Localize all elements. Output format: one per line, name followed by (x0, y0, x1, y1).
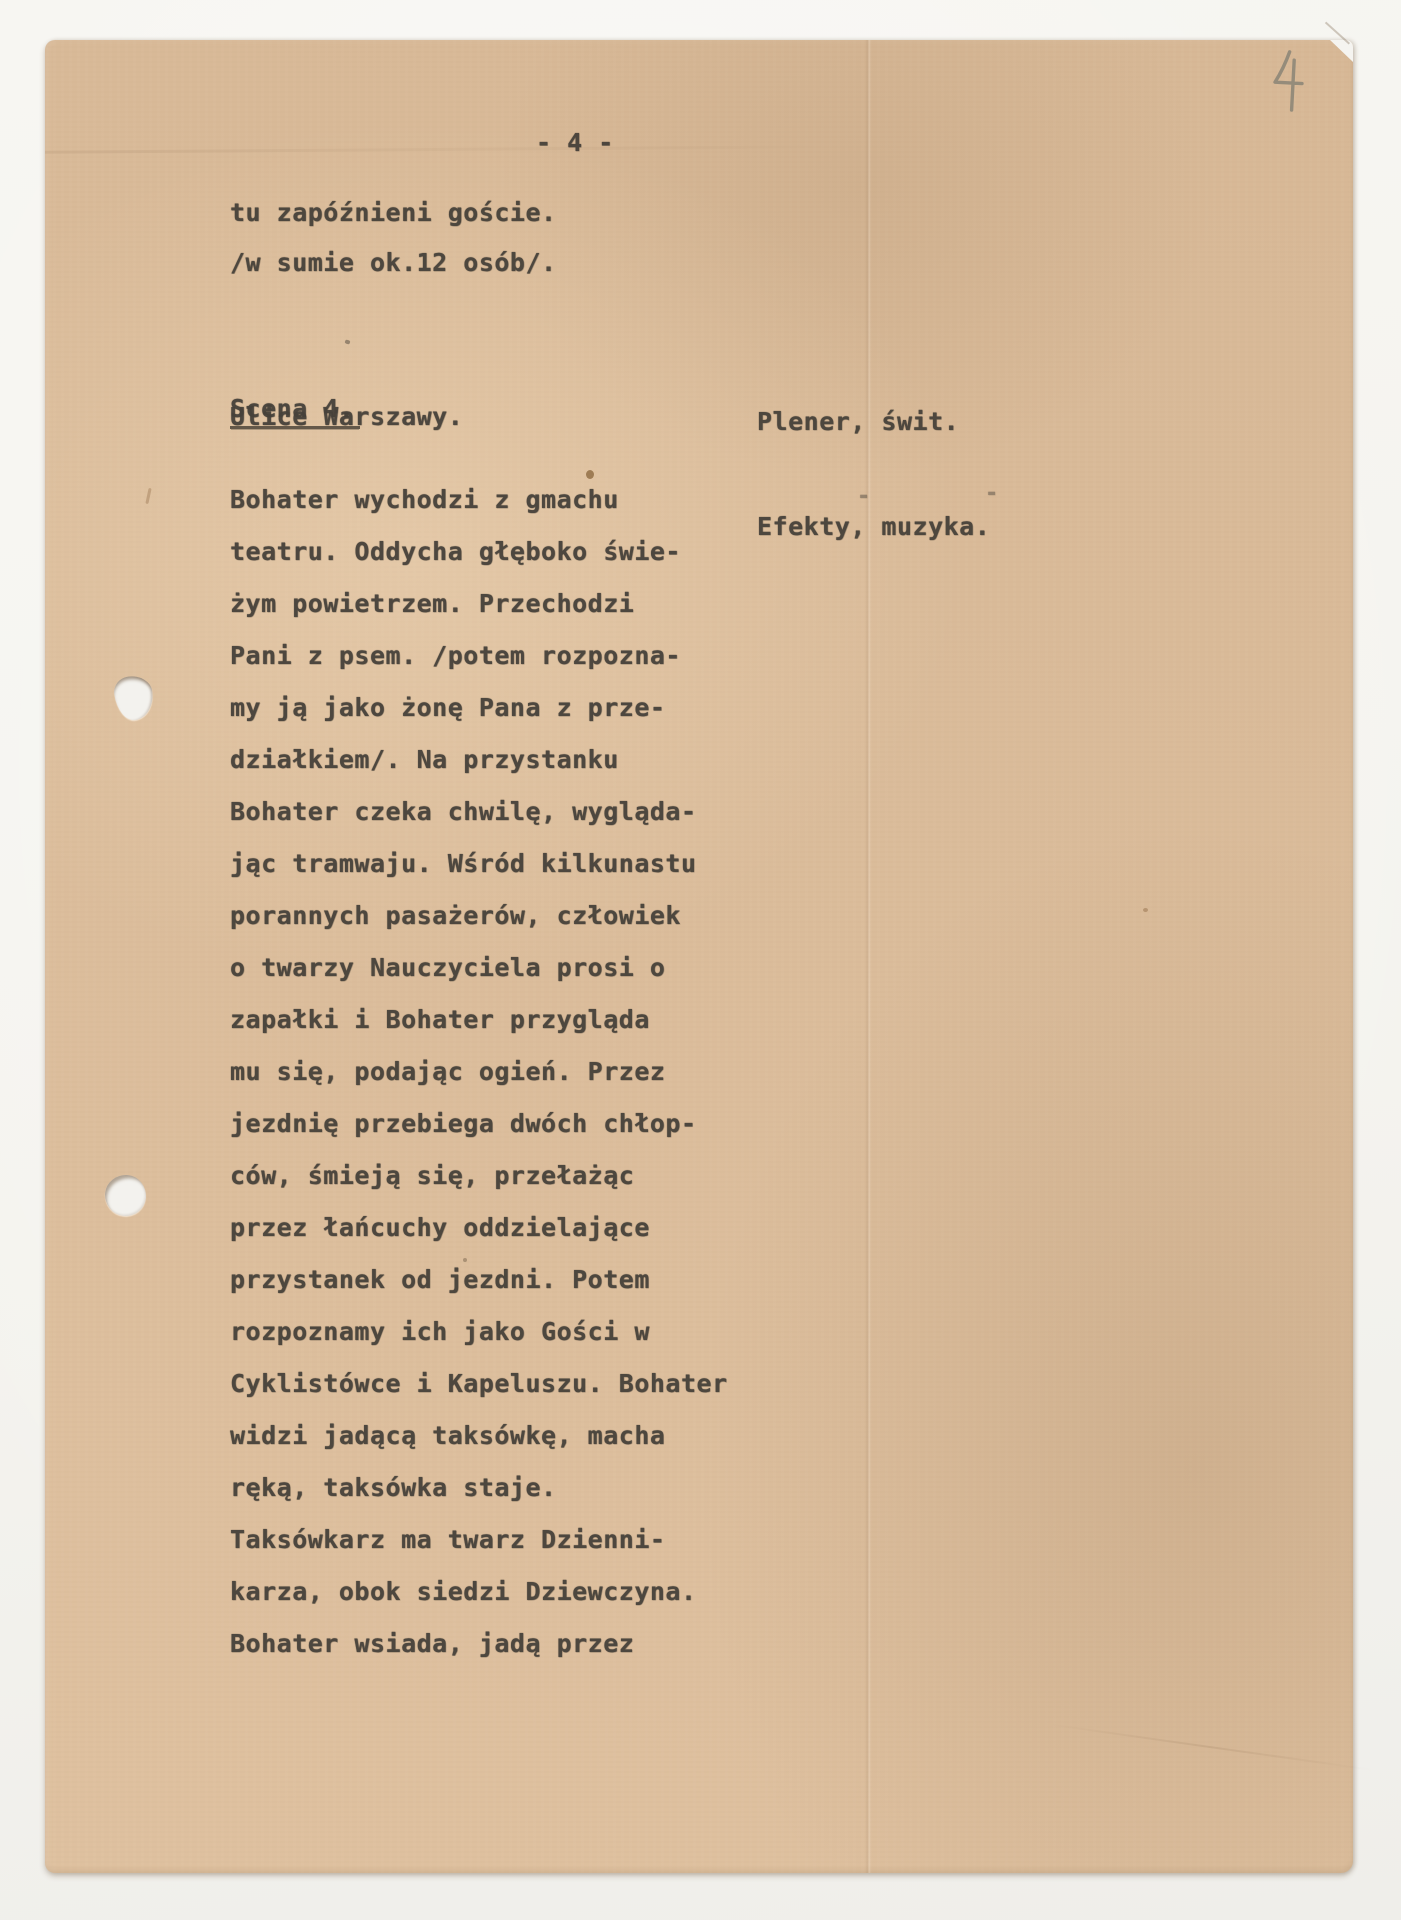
action-text: Bohater wychodzi z gmachu teatru. Oddych… (230, 474, 728, 1670)
sound-note: Efekty, muzyka. (757, 510, 990, 544)
vertical-fold-crease (865, 40, 871, 1873)
horizontal-crease (45, 145, 825, 153)
setting-note: Plener, świt. (757, 405, 959, 439)
ink-speck (344, 339, 350, 344)
carryover-text: tu zapóźnieni goście. /w sumie ok.12 osó… (230, 188, 557, 288)
typed-page-number: - 4 - (536, 128, 614, 158)
diagonal-crease (1046, 1723, 1373, 1771)
script-page: - 4 - tu zapóźnieni goście. /w sumie ok.… (45, 40, 1353, 1873)
punch-hole-bottom (103, 1173, 147, 1217)
scene-location: Ulice Warszawy. (230, 400, 463, 434)
scanner-background: - 4 - tu zapóźnieni goście. /w sumie ok.… (0, 0, 1401, 1920)
handwritten-page-number (1269, 47, 1313, 119)
punch-hole-top (112, 674, 156, 723)
paper-fiber (145, 488, 151, 504)
stray-typewriter-mark: - (857, 484, 871, 509)
paper-speck (1143, 908, 1148, 912)
stray-typewriter-mark: - (985, 481, 999, 506)
